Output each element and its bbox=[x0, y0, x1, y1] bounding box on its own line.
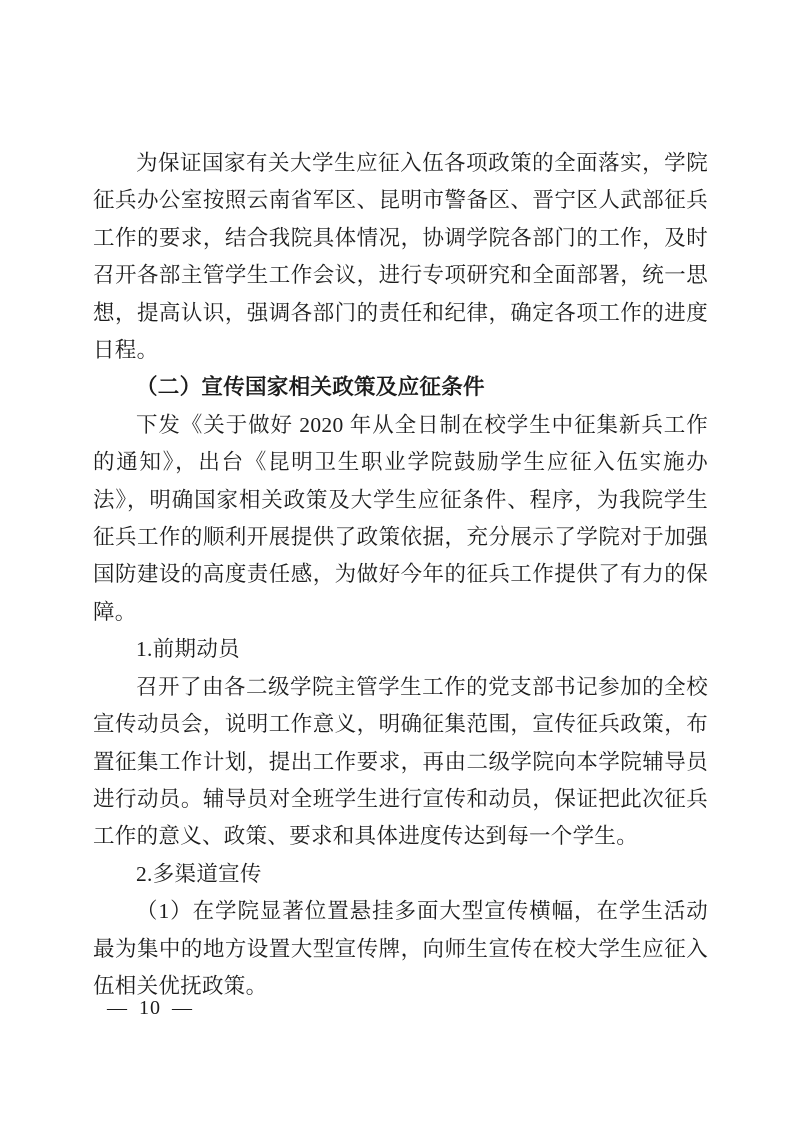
document-body: 为保证国家有关大学生应征入伍各项政策的全面落实，学院征兵办公室按照云南省军区、昆… bbox=[93, 145, 708, 1005]
paragraph-overall-deployment: 为保证国家有关大学生应征入伍各项政策的全面落实，学院征兵办公室按照云南省军区、昆… bbox=[93, 145, 708, 369]
page-number: — 10 — bbox=[107, 997, 193, 1020]
document-page: 为保证国家有关大学生应征入伍各项政策的全面落实，学院征兵办公室按照云南省军区、昆… bbox=[0, 0, 800, 1131]
subheading-1-early-mobilization: 1.前期动员 bbox=[93, 631, 708, 668]
section-heading-2-policy-promotion: （二）宣传国家相关政策及应征条件 bbox=[93, 369, 708, 406]
subheading-2-multichannel-promotion: 2.多渠道宣传 bbox=[93, 856, 708, 893]
paragraph-mobilization-meeting: 召开了由各二级学院主管学生工作的党支部书记参加的全校宣传动员会，说明工作意义，明… bbox=[93, 669, 708, 856]
paragraph-policy-documents: 下发《关于做好 2020 年从全日制在校学生中征集新兵工作的通知》，出台《昆明卫… bbox=[93, 407, 708, 631]
paragraph-banners-and-billboards: （1）在学院显著位置悬挂多面大型宣传横幅，在学生活动最为集中的地方设置大型宣传牌… bbox=[93, 893, 708, 1005]
